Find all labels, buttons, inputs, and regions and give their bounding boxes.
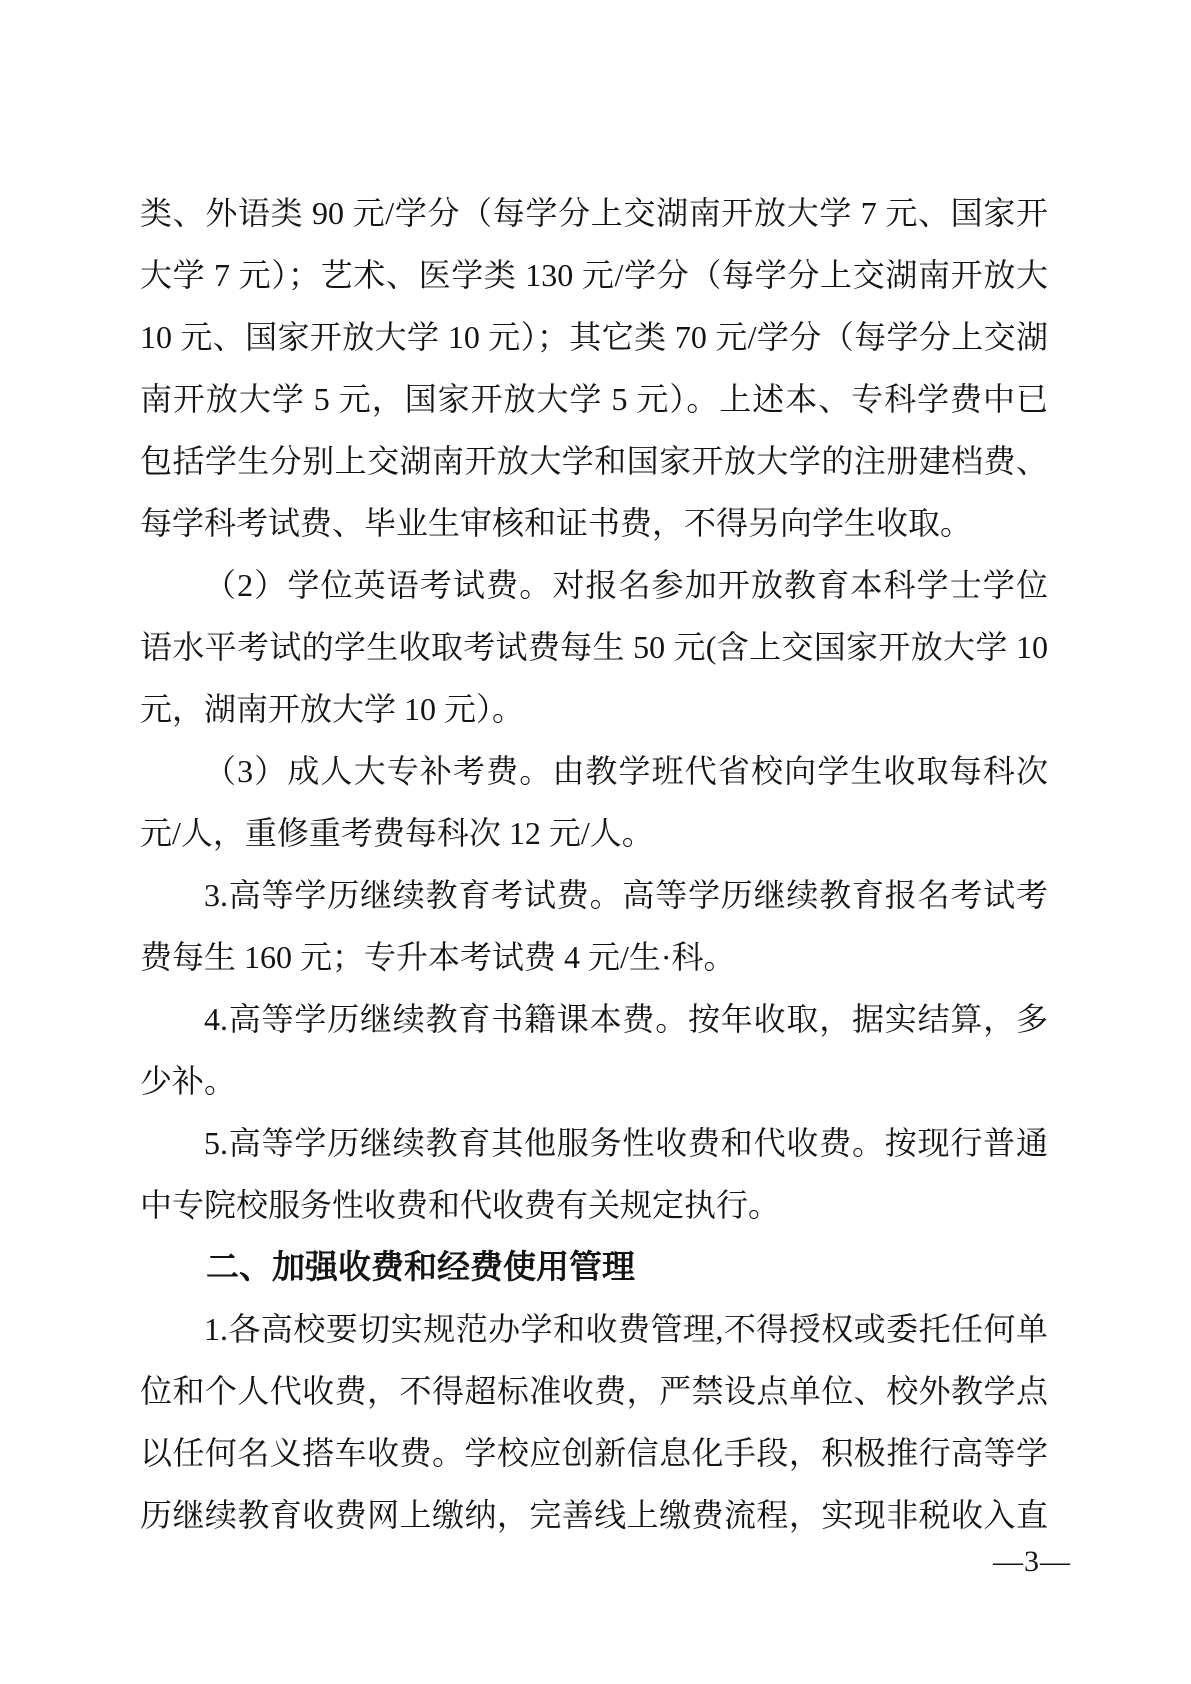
document-text-block: 类、外语类 90 元/学分（每学分上交湖南开放大学 7 元、国家开放 大学 7 … bbox=[140, 182, 1048, 1546]
paragraph: 1.各高校要切实规范办学和收费管理,不得授权或委托任何单 位和个人代收费，不得超… bbox=[140, 1298, 1048, 1546]
text-line: 每学科考试费、毕业生审核和证书费，不得另向学生收取。 bbox=[140, 492, 1048, 554]
text-line: 南开放大学 5 元，国家开放大学 5 元）。上述本、专科学费中已经 bbox=[140, 368, 1048, 430]
text-line: 位和个人代收费，不得超标准收费，严禁设点单位、校外教学点 bbox=[140, 1360, 1048, 1422]
document-page: 类、外语类 90 元/学分（每学分上交湖南开放大学 7 元、国家开放 大学 7 … bbox=[0, 0, 1191, 1684]
paragraph: （2）学位英语考试费。对报名参加开放教育本科学士学位英 语水平考试的学生收取考试… bbox=[140, 554, 1048, 740]
text-line: 大学 7 元）；艺术、医学类 130 元/学分（每学分上交湖南开放大学 bbox=[140, 244, 1048, 306]
text-line: 包括学生分别上交湖南开放大学和国家开放大学的注册建档费、 bbox=[140, 430, 1048, 492]
paragraph: （3）成人大专补考费。由教学班代省校向学生收取每科次 10 元/人，重修重考费每… bbox=[140, 740, 1048, 864]
text-line: 元/人，重修重考费每科次 12 元/人。 bbox=[140, 802, 1048, 864]
text-line: 费每生 160 元；专升本考试费 4 元/生·科。 bbox=[140, 926, 1048, 988]
section-heading: 二、加强收费和经费使用管理 bbox=[140, 1236, 1048, 1298]
text-line: 中专院校服务性收费和代收费有关规定执行。 bbox=[140, 1174, 1048, 1236]
text-line: 元，湖南开放大学 10 元）。 bbox=[140, 678, 1048, 740]
text-line: 3.高等学历继续教育考试费。高等学历继续教育报名考试考务 bbox=[140, 864, 1048, 926]
paragraph: 4.高等学历继续教育书籍课本费。按年收取，据实结算，多退 少补。 bbox=[140, 988, 1048, 1112]
paragraph: 二、加强收费和经费使用管理 bbox=[140, 1236, 1048, 1298]
text-line: 历继续教育收费网上缴纳，完善线上缴费流程，实现非税收入直 bbox=[140, 1484, 1048, 1546]
text-line: 少补。 bbox=[140, 1050, 1048, 1112]
page-number: —3— bbox=[993, 1542, 1071, 1582]
text-line: 以任何名义搭车收费。学校应创新信息化手段，积极推行高等学 bbox=[140, 1422, 1048, 1484]
text-line: 类、外语类 90 元/学分（每学分上交湖南开放大学 7 元、国家开放 bbox=[140, 182, 1048, 244]
text-line: （3）成人大专补考费。由教学班代省校向学生收取每科次 10 bbox=[140, 740, 1048, 802]
text-line: 5.高等学历继续教育其他服务性收费和代收费。按现行普通大 bbox=[140, 1112, 1048, 1174]
paragraph: 3.高等学历继续教育考试费。高等学历继续教育报名考试考务 费每生 160 元；专… bbox=[140, 864, 1048, 988]
paragraph: 5.高等学历继续教育其他服务性收费和代收费。按现行普通大 中专院校服务性收费和代… bbox=[140, 1112, 1048, 1236]
paragraph: 类、外语类 90 元/学分（每学分上交湖南开放大学 7 元、国家开放 大学 7 … bbox=[140, 182, 1048, 554]
text-line: 1.各高校要切实规范办学和收费管理,不得授权或委托任何单 bbox=[140, 1298, 1048, 1360]
text-line: 4.高等学历继续教育书籍课本费。按年收取，据实结算，多退 bbox=[140, 988, 1048, 1050]
text-line: （2）学位英语考试费。对报名参加开放教育本科学士学位英 bbox=[140, 554, 1048, 616]
text-line: 语水平考试的学生收取考试费每生 50 元(含上交国家开放大学 10 bbox=[140, 616, 1048, 678]
text-line: 10 元、国家开放大学 10 元）；其它类 70 元/学分（每学分上交湖 bbox=[140, 306, 1048, 368]
